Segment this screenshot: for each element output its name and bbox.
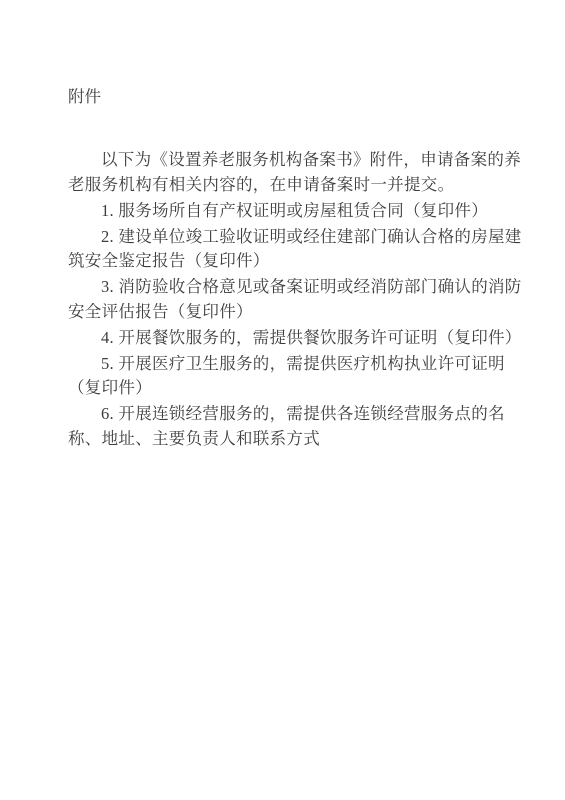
list-item-4: 4. 开展餐饮服务的，需提供餐饮服务许可证明（复印件） — [68, 326, 501, 351]
list-item-6: 6. 开展连锁经营服务的，需提供各连锁经营服务点的名 称、地址、主要负责人和联系… — [68, 402, 501, 451]
list-item-3-line-2: 安全评估报告（复印件） — [68, 300, 501, 325]
document-page: 附件 以下为《设置养老服务机构备案书》附件，申请备案的养 老服务机构有相关内容的… — [0, 0, 565, 800]
list-item-6-line-2: 称、地址、主要负责人和联系方式 — [68, 427, 501, 452]
intro-line-2: 老服务机构有相关内容的，在申请备案时一并提交。 — [68, 173, 501, 198]
list-item-6-line-1: 6. 开展连锁经营服务的，需提供各连锁经营服务点的名 — [68, 402, 501, 427]
intro-paragraph: 以下为《设置养老服务机构备案书》附件，申请备案的养 老服务机构有相关内容的，在申… — [68, 148, 501, 197]
list-item-1: 1. 服务场所自有产权证明或房屋租赁合同（复印件） — [68, 199, 501, 224]
list-item-5-line-1: 5. 开展医疗卫生服务的，需提供医疗机构执业许可证明 — [68, 352, 501, 377]
list-item-4-line-1: 4. 开展餐饮服务的，需提供餐饮服务许可证明（复印件） — [68, 326, 501, 351]
list-item-2-line-2: 筑安全鉴定报告（复印件） — [68, 249, 501, 274]
list-item-2-line-1: 2. 建设单位竣工验收证明或经住建部门确认合格的房屋建 — [68, 225, 501, 250]
intro-line-1: 以下为《设置养老服务机构备案书》附件，申请备案的养 — [68, 148, 501, 173]
list-item-2: 2. 建设单位竣工验收证明或经住建部门确认合格的房屋建 筑安全鉴定报告（复印件） — [68, 225, 501, 274]
list-item-5: 5. 开展医疗卫生服务的，需提供医疗机构执业许可证明 （复印件） — [68, 352, 501, 401]
list-item-3: 3. 消防验收合格意见或备案证明或经消防部门确认的消防 安全评估报告（复印件） — [68, 275, 501, 324]
attachment-heading: 附件 — [68, 88, 501, 106]
list-item-3-line-1: 3. 消防验收合格意见或备案证明或经消防部门确认的消防 — [68, 275, 501, 300]
list-item-5-line-2: （复印件） — [68, 376, 501, 401]
list-item-1-line-1: 1. 服务场所自有产权证明或房屋租赁合同（复印件） — [68, 199, 501, 224]
